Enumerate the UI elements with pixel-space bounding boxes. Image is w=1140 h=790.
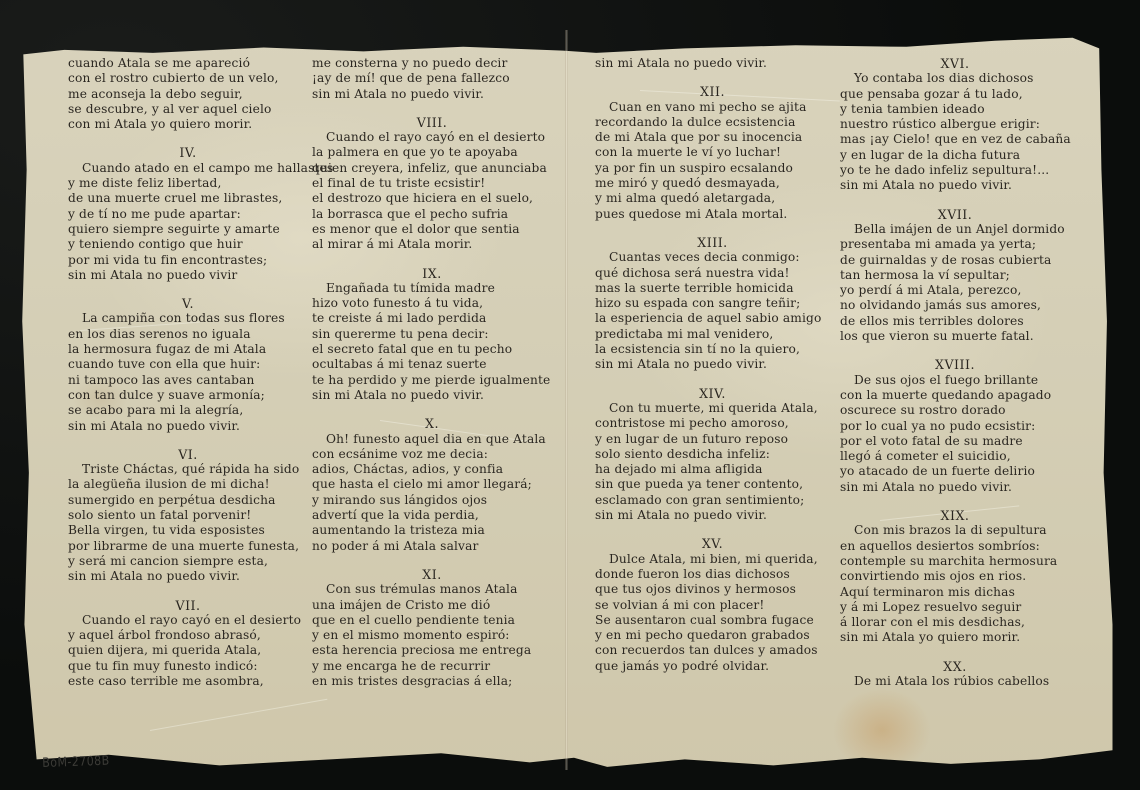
verse-line: y en mi pecho quedaron grabados: [595, 628, 830, 643]
verse-line: con la muerte le ví yo luchar!: [595, 145, 830, 160]
verse-line: y en lugar de un futuro reposo: [595, 432, 830, 447]
verse-line: y mirando sus lángidos ojos: [312, 493, 552, 508]
verse-line: Engañada tu tímida madre: [312, 281, 552, 296]
verse-line: pues quedose mi Atala mortal.: [595, 207, 830, 222]
verse-line: Cuan en vano mi pecho se ajita: [595, 100, 830, 115]
verse-line: oscurece su rostro dorado: [840, 403, 1070, 418]
verse-line: al mirar á mi Atala morir.: [312, 237, 552, 252]
verse-line: que tu fin muy funesto indicó:: [68, 659, 308, 674]
verse-line: que hasta el cielo mi amor llegará;: [312, 477, 552, 492]
verse-line: Cuando el rayo cayó en el desierto: [312, 130, 552, 145]
verse-line: De sus ojos el fuego brillante: [840, 373, 1070, 388]
verse-line: y teniendo contigo que huir: [68, 237, 308, 252]
verse-line: te ha perdido y me pierde igualmente: [312, 373, 552, 388]
verse-line: recordando la dulce ecsistencia: [595, 115, 830, 130]
verse-line: y en el mismo momento espiró:: [312, 628, 552, 643]
verse-line: solo siento desdicha infeliz:: [595, 447, 830, 462]
verse-line: la ecsistencia sin tí no la quiero,: [595, 342, 830, 357]
verse-line: Cuando atado en el campo me hallastes: [68, 161, 308, 176]
verse-line: ni tampoco las aves cantaban: [68, 373, 308, 388]
verse-line: el destrozo que hiciera en el suelo,: [312, 191, 552, 206]
verse-line: convirtiendo mis ojos en rios.: [840, 569, 1070, 584]
verse-line: presentaba mi amada ya yerta;: [840, 237, 1070, 252]
verse-line: se acabo para mi la alegría,: [68, 403, 308, 418]
verse-line: qué dichosa será nuestra vida!: [595, 266, 830, 281]
verse-line: De mi Atala los rúbios cabellos: [840, 674, 1070, 689]
verse-line: contemple su marchita hermosura: [840, 554, 1070, 569]
stanza-numeral: XVIII.: [840, 357, 1070, 372]
verse-line: la palmera en que yo te apoyaba: [312, 145, 552, 160]
verse-line: donde fueron los dias dichosos: [595, 567, 830, 582]
verse-line: me aconseja la debo seguir,: [68, 87, 308, 102]
verse-line: quien creyera, infeliz, que anunciaba: [312, 161, 552, 176]
verse-line: se volvian á mi con placer!: [595, 598, 830, 613]
verse-line: de mi Atala que por su inocencia: [595, 130, 830, 145]
verse-line: en aquellos desiertos sombríos:: [840, 539, 1070, 554]
verse-line: sin mi Atala no puedo vivir.: [68, 569, 308, 584]
stanza-numeral: XI.: [312, 567, 552, 582]
verse-line: Con mis brazos la di sepultura: [840, 523, 1070, 538]
verse-line: yo te he dado infeliz sepultura!...: [840, 163, 1070, 178]
verse-line: sin mi Atala no puedo vivir.: [312, 388, 552, 403]
verse-line: sin mi Atala no puedo vivir: [68, 268, 308, 283]
verse-line: con ecsánime voz me decia:: [312, 447, 552, 462]
verse-line: sin mi Atala no puedo vivir.: [840, 480, 1070, 495]
verse-line: el final de tu triste ecsistir!: [312, 176, 552, 191]
verse-line: tan hermosa la ví sepultar;: [840, 268, 1070, 283]
verse-line: de una muerte cruel me librastes,: [68, 191, 308, 206]
center-fold: [565, 30, 568, 770]
verse-line: los que vieron su muerte fatal.: [840, 329, 1070, 344]
verse-line: adios, Cháctas, adios, y confia: [312, 462, 552, 477]
verse-line: con tan dulce y suave armonía;: [68, 388, 308, 403]
verse-line: sin mi Atala no puedo vivir.: [840, 178, 1070, 193]
verse-line: esta herencia preciosa me entrega: [312, 643, 552, 658]
stanza-numeral: VIII.: [312, 115, 552, 130]
verse-line: se descubre, y al ver aquel cielo: [68, 102, 308, 117]
stanza-numeral: VI.: [68, 447, 308, 462]
verse-line: y de tí no me pude apartar:: [68, 207, 308, 222]
text-column-2: me consterna y no puedo decir¡ay de mí! …: [312, 56, 552, 689]
verse-line: sin mi Atala no puedo vivir.: [68, 419, 308, 434]
stanza-numeral: VII.: [68, 598, 308, 613]
verse-line: sumergido en perpétua desdicha: [68, 493, 308, 508]
verse-line: Con sus trémulas manos Atala: [312, 582, 552, 597]
verse-line: me miró y quedó desmayada,: [595, 176, 830, 191]
stanza-numeral: IX.: [312, 266, 552, 281]
verse-line: sin mi Atala yo quiero morir.: [840, 630, 1070, 645]
verse-line: Bella imájen de un Anjel dormido: [840, 222, 1070, 237]
stanza-numeral: V.: [68, 296, 308, 311]
verse-line: no poder á mi Atala salvar: [312, 539, 552, 554]
verse-line: Bella virgen, tu vida esposistes: [68, 523, 308, 538]
verse-line: yo atacado de un fuerte delirio: [840, 464, 1070, 479]
verse-line: Se ausentaron cual sombra fugace: [595, 613, 830, 628]
verse-line: que tus ojos divinos y hermosos: [595, 582, 830, 597]
verse-line: sin mi Atala no puedo vivir.: [595, 56, 830, 71]
verse-line: aumentando la tristeza mia: [312, 523, 552, 538]
stanza-numeral: XVI.: [840, 56, 1070, 71]
verse-line: yo perdí á mi Atala, perezco,: [840, 283, 1070, 298]
verse-line: predictaba mi mal venidero,: [595, 327, 830, 342]
verse-line: ocultabas á mi tenaz suerte: [312, 357, 552, 372]
verse-line: la borrasca que el pecho sufria: [312, 207, 552, 222]
verse-line: ¡ay de mí! que de pena fallezco: [312, 71, 552, 86]
verse-line: Triste Cháctas, qué rápida ha sido: [68, 462, 308, 477]
stanza-numeral: XII.: [595, 84, 830, 99]
call-number: BoM-2708B: [42, 754, 110, 771]
verse-line: por mi vida tu fin encontrastes;: [68, 253, 308, 268]
verse-line: Con tu muerte, mi querida Atala,: [595, 401, 830, 416]
verse-line: sin mi Atala no puedo vivir.: [595, 508, 830, 523]
verse-line: esclamado con gran sentimiento;: [595, 493, 830, 508]
scanned-document: cuando Atala se me apareciócon el rostro…: [0, 0, 1140, 790]
verse-line: Cuando el rayo cayó en el desierto: [68, 613, 308, 628]
verse-line: nuestro rústico albergue erigir:: [840, 117, 1070, 132]
stanza-numeral: XIV.: [595, 386, 830, 401]
verse-line: el secreto fatal que en tu pecho: [312, 342, 552, 357]
verse-line: quiero siempre seguirte y amarte: [68, 222, 308, 237]
stanza-numeral: XIX.: [840, 508, 1070, 523]
verse-line: cuando Atala se me apareció: [68, 56, 308, 71]
verse-line: una imájen de Cristo me dió: [312, 598, 552, 613]
stanza-numeral: IV.: [68, 145, 308, 160]
text-column-1: cuando Atala se me apareciócon el rostro…: [68, 56, 308, 689]
stanza-numeral: XIII.: [595, 235, 830, 250]
verse-line: de guirnaldas y de rosas cubierta: [840, 253, 1070, 268]
verse-line: que en el cuello pendiente tenia: [312, 613, 552, 628]
verse-line: sin quererme tu pena decir:: [312, 327, 552, 342]
verse-line: y me encarga he de recurrir: [312, 659, 552, 674]
verse-line: solo siento un fatal porvenir!: [68, 508, 308, 523]
verse-line: cuando tuve con ella que huir:: [68, 357, 308, 372]
verse-line: ya por fin un suspiro ecsalando: [595, 161, 830, 176]
verse-line: Aquí terminaron mis dichas: [840, 585, 1070, 600]
verse-line: hizo su espada con sangre teñir;: [595, 296, 830, 311]
verse-line: Cuantas veces decia conmigo:: [595, 250, 830, 265]
verse-line: por librarme de una muerte funesta,: [68, 539, 308, 554]
verse-line: la esperiencia de aquel sabio amigo: [595, 311, 830, 326]
verse-line: con la muerte quedando apagado: [840, 388, 1070, 403]
verse-line: con el rostro cubierto de un velo,: [68, 71, 308, 86]
verse-line: que pensaba gozar á tu lado,: [840, 87, 1070, 102]
verse-line: te creiste á mi lado perdida: [312, 311, 552, 326]
text-column-4: XVI.Yo contaba los dias dichososque pens…: [840, 56, 1070, 689]
verse-line: ha dejado mi alma afligida: [595, 462, 830, 477]
verse-line: contristose mi pecho amoroso,: [595, 416, 830, 431]
verse-line: á llorar con el mis desdichas,: [840, 615, 1070, 630]
verse-line: de ellos mis terribles dolores: [840, 314, 1070, 329]
verse-line: es menor que el dolor que sentia: [312, 222, 552, 237]
verse-line: llegó á cometer el suicidio,: [840, 449, 1070, 464]
verse-line: sin mi Atala no puedo vivir.: [595, 357, 830, 372]
verse-line: no olvidando jamás sus amores,: [840, 298, 1070, 313]
verse-line: sin mi Atala no puedo vivir.: [312, 87, 552, 102]
stanza-numeral: XV.: [595, 536, 830, 551]
verse-line: y mi alma quedó aletargada,: [595, 191, 830, 206]
verse-line: y tenia tambien ideado: [840, 102, 1070, 117]
verse-line: y será mi cancion siempre esta,: [68, 554, 308, 569]
verse-line: y aquel árbol frondoso abrasó,: [68, 628, 308, 643]
verse-line: por lo cual ya no pudo ecsistir:: [840, 419, 1070, 434]
verse-line: por el voto fatal de su madre: [840, 434, 1070, 449]
verse-line: advertí que la vida perdia,: [312, 508, 552, 523]
verse-line: con recuerdos tan dulces y amados: [595, 643, 830, 658]
verse-line: me consterna y no puedo decir: [312, 56, 552, 71]
stanza-numeral: XVII.: [840, 207, 1070, 222]
verse-line: en mis tristes desgracias á ella;: [312, 674, 552, 689]
verse-line: con mi Atala yo quiero morir.: [68, 117, 308, 132]
verse-line: este caso terrible me asombra,: [68, 674, 308, 689]
verse-line: quien dijera, mi querida Atala,: [68, 643, 308, 658]
verse-line: sin que pueda ya tener contento,: [595, 477, 830, 492]
verse-line: y á mi Lopez resuelvo seguir: [840, 600, 1070, 615]
text-column-3: sin mi Atala no puedo vivir.XII.Cuan en …: [595, 56, 830, 674]
verse-line: y en lugar de la dicha futura: [840, 148, 1070, 163]
stanza-numeral: X.: [312, 416, 552, 431]
stanza-numeral: XX.: [840, 659, 1070, 674]
verse-line: Yo contaba los dias dichosos: [840, 71, 1070, 86]
verse-line: mas ¡ay Cielo! que en vez de cabaña: [840, 132, 1070, 147]
verse-line: en los dias serenos no iguala: [68, 327, 308, 342]
verse-line: la alegüeña ilusion de mi dicha!: [68, 477, 308, 492]
verse-line: que jamás yo podré olvidar.: [595, 659, 830, 674]
verse-line: hizo voto funesto á tu vida,: [312, 296, 552, 311]
verse-line: Dulce Atala, mi bien, mi querida,: [595, 552, 830, 567]
verse-line: y me diste feliz libertad,: [68, 176, 308, 191]
verse-line: la hermosura fugaz de mi Atala: [68, 342, 308, 357]
verse-line: mas la suerte terrible homicida: [595, 281, 830, 296]
verse-line: La campiña con todas sus flores: [68, 311, 308, 326]
verse-line: Oh! funesto aquel dia en que Atala: [312, 432, 552, 447]
